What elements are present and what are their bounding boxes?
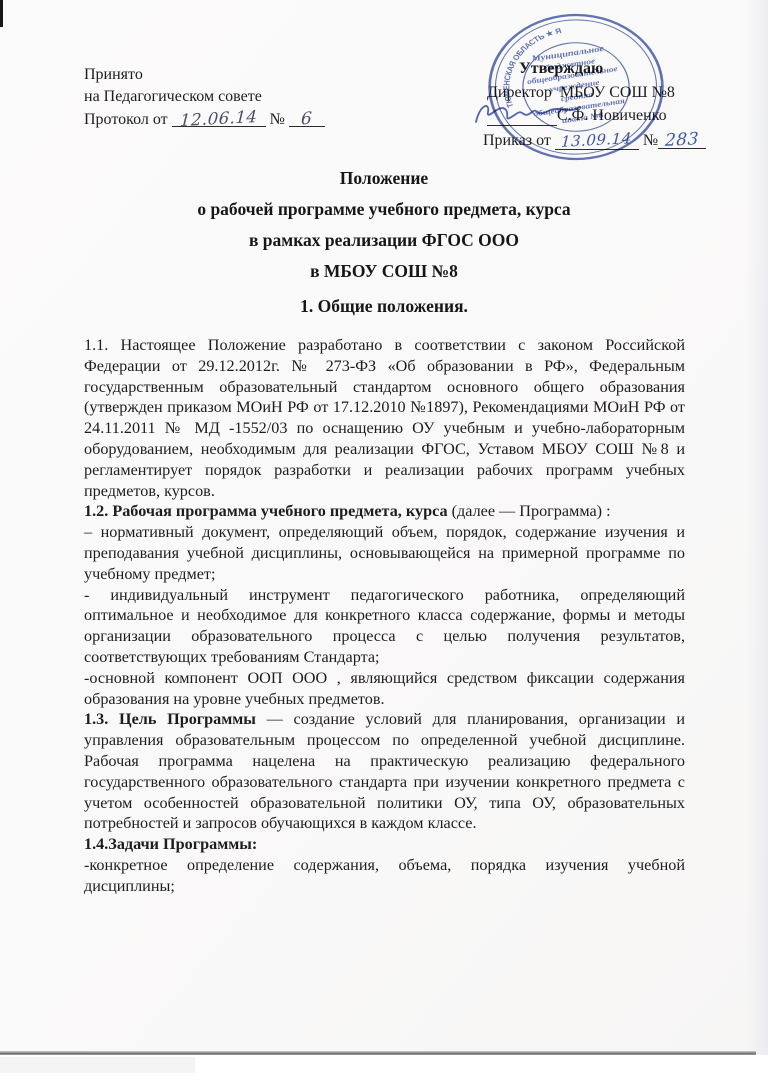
protocol-number-handwriting: 6 (301, 108, 313, 131)
title-line-3: в рамках реализации ФГОС ООО (0, 225, 768, 256)
scan-right-edge (746, 0, 768, 1055)
scan-bottom-artifact (0, 1057, 195, 1073)
scan-corner-artifact (0, 0, 3, 27)
protocol-number-underline: 6 (289, 108, 325, 127)
paragraph: 1.3. Цель Программы — создание условий д… (84, 709, 685, 834)
protocol-label: Протокол от (84, 111, 168, 128)
paragraph-run: 1.1. Настоящее Положение разработано в с… (84, 336, 685, 500)
paragraph-run: -конкретное определение содержания, объе… (84, 856, 685, 895)
paragraph: 1.2. Рабочая программа учебного предмета… (84, 501, 685, 522)
protocol-date-underline: 12.06.14 (172, 108, 266, 127)
protocol-line: Протокол от 12.06.14 № 6 (84, 108, 325, 131)
accepted-block: Принято на Педагогическом совете Протоко… (84, 64, 325, 131)
paragraph-bold-run: 1.3. Цель Программы (84, 710, 267, 728)
paragraph: -основной компонент ООП ООО , являющийся… (84, 668, 685, 710)
scanned-document: { "colors": { "stamp_blue": "#4056a6", "… (0, 0, 768, 1087)
paragraph-run: - индивидуальный инструмент педагогическ… (84, 586, 685, 666)
stamp-group: ТЮМЕНСКАЯ ОБЛАСТЬ ★ ЯМАЛО-НЕНЕЦКИЙ АВТОН… (486, 12, 666, 162)
protocol-date-handwriting: 12.06.14 (179, 106, 258, 132)
document-title: Положение о рабочей программе учебного п… (0, 163, 768, 287)
paragraph-bold-run: 1.4.Задачи Программы: (84, 835, 257, 853)
paragraph-run: — создание условий для планирования, орг… (84, 710, 685, 832)
paragraph: - индивидуальный инструмент педагогическ… (84, 585, 685, 668)
stamp-center-text: Муниципальное бюджетное общеобразователь… (521, 42, 630, 129)
title-line-2: о рабочей программе учебного предмета, к… (0, 194, 768, 225)
school-stamp: ТЮМЕНСКАЯ ОБЛАСТЬ ★ ЯМАЛО-НЕНЕЦКИЙ АВТОН… (486, 12, 666, 162)
title-line-1: Положение (0, 163, 768, 194)
title-line-4: в МБОУ СОШ №8 (0, 256, 768, 287)
paragraph: – нормативный документ, определяющий объ… (84, 522, 685, 584)
paragraph-bold-run: 1.2. Рабочая программа учебного предмета… (84, 502, 452, 520)
paragraph-run: (далее — Программа) : (452, 502, 611, 520)
document-body: 1.1. Настоящее Положение разработано в с… (84, 335, 685, 897)
accepted-line-1: Принято (84, 64, 325, 86)
paragraph: -конкретное определение содержания, объе… (84, 855, 685, 897)
order-number-handwriting: 283 (665, 129, 700, 151)
accepted-line-2: на Педагогическом совете (84, 86, 325, 108)
paragraph-run: – нормативный документ, определяющий объ… (84, 523, 685, 583)
section-heading: 1. Общие положения. (0, 296, 768, 317)
paragraph-run: -основной компонент ООП ООО , являющийся… (84, 669, 685, 708)
protocol-no-sign: № (270, 111, 285, 128)
paragraph: 1.1. Настоящее Положение разработано в с… (84, 335, 685, 501)
paragraph: 1.4.Задачи Программы: (84, 834, 685, 855)
